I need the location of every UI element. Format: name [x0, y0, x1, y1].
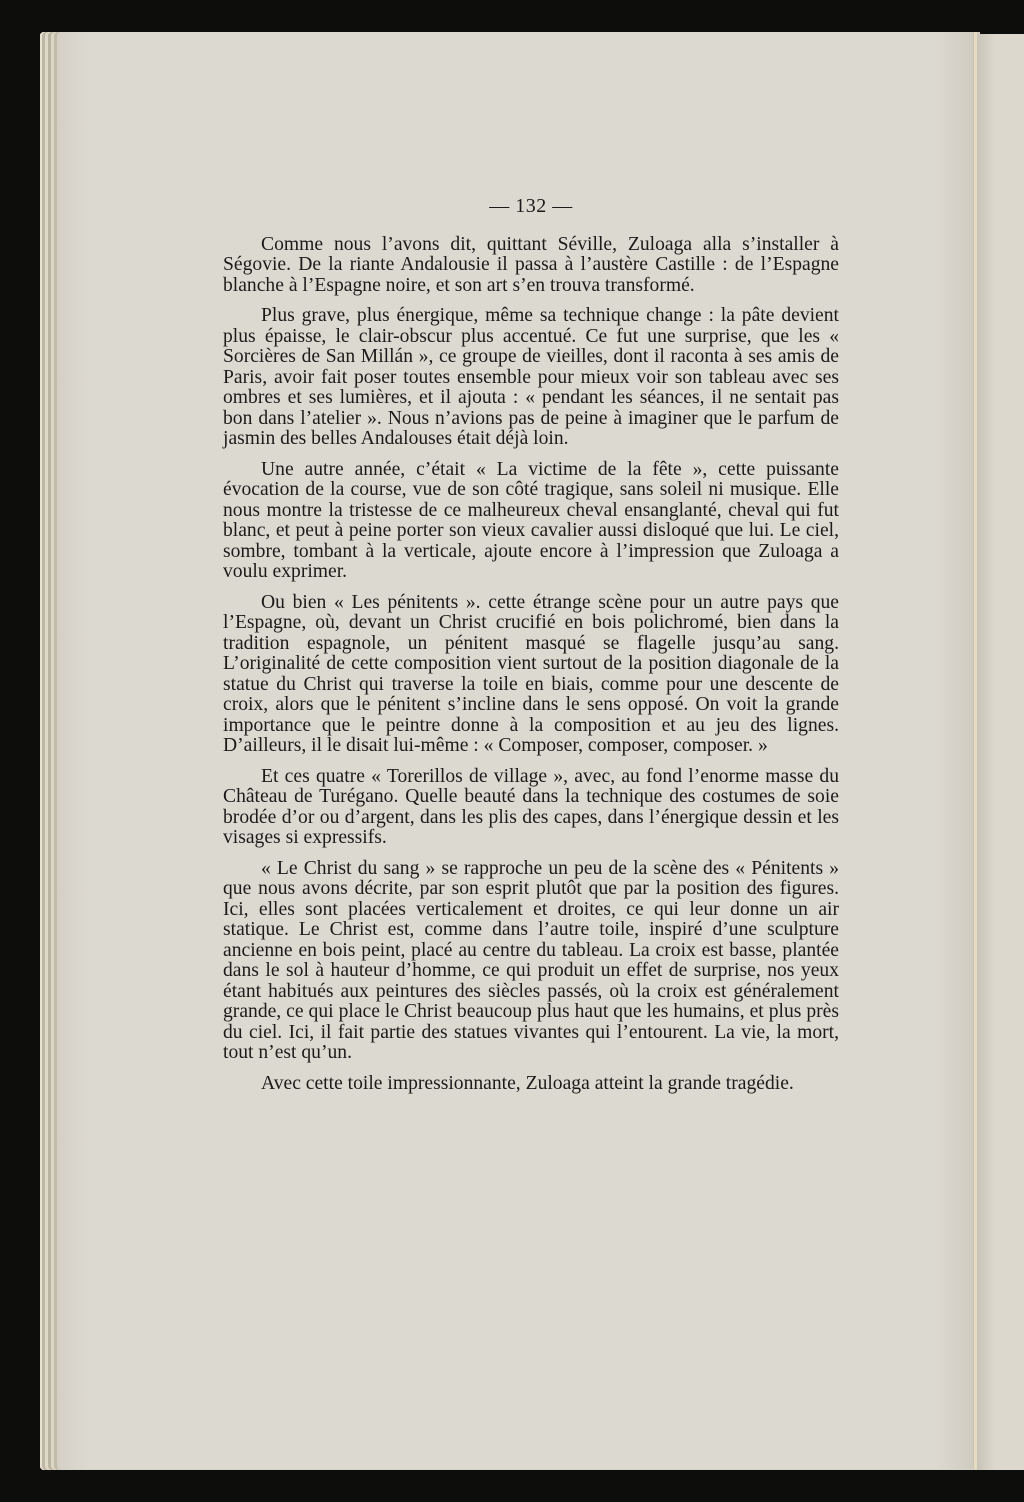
page-text-block: — 132 — Comme nous l’avons dit, quittant…	[223, 196, 839, 1104]
paragraph: Comme nous l’avons dit, quittant Séville…	[223, 235, 839, 297]
paragraph: Avec cette toile impressionnante, Zuloag…	[223, 1074, 839, 1095]
paragraph: Ou bien « Les pénitents ». cette étrange…	[223, 593, 839, 757]
paragraph: Plus grave, plus énergique, même sa tech…	[223, 306, 839, 450]
page-number: — 132 —	[223, 196, 839, 217]
paragraph: Une autre année, c’était « La victime de…	[223, 460, 839, 583]
paragraph: « Le Christ du sang » se rapproche un pe…	[223, 859, 839, 1064]
facing-page-edge	[977, 34, 1024, 1470]
paragraph: Et ces quatre « Torerillos de village »,…	[223, 767, 839, 849]
